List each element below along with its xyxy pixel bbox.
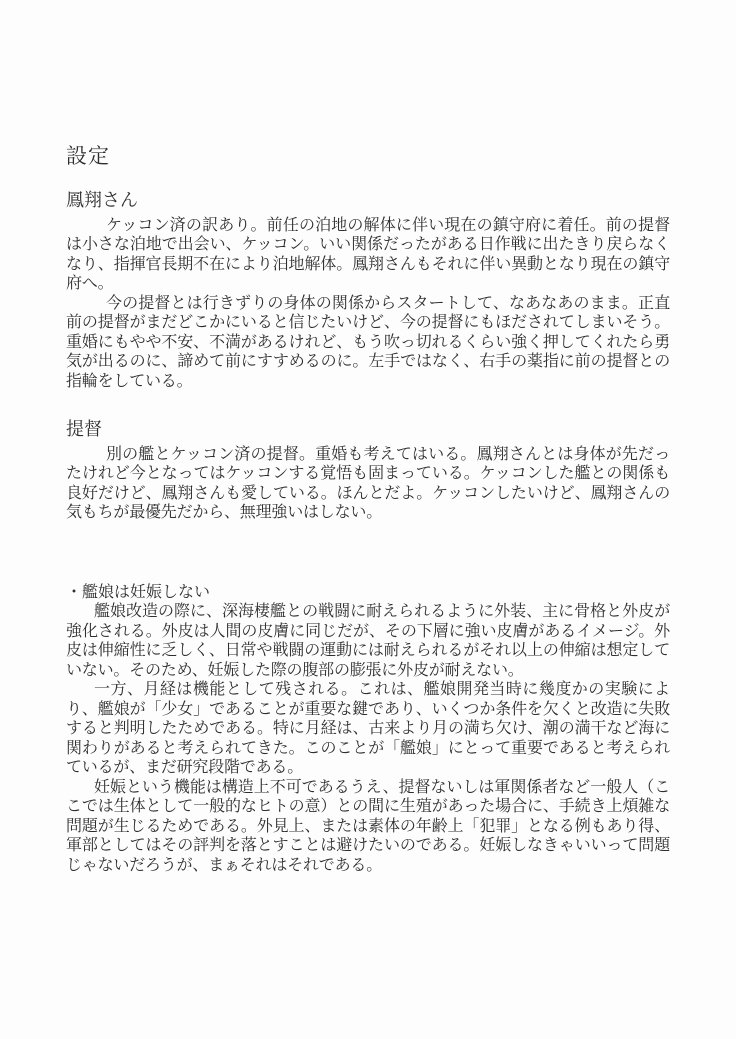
section-teitoku: 提督 別の艦とケッコン済の提督。重婚も考えてはいる。鳳翔さんとは身体が先だったけ… (66, 418, 670, 523)
section-body-teitoku: 別の艦とケッコン済の提督。重婚も考えてはいる。鳳翔さんとは身体が先だったけれど今… (66, 445, 670, 523)
section-heading-housho-san: 鳳翔さん (66, 189, 670, 212)
paragraph: 艦娘改造の際に、深海棲艦との戦闘に耐えられるように外装、主に骨格と外皮が強化され… (66, 602, 670, 680)
section-kanmusu-note: ・艦娘は妊娠しない 艦娘改造の際に、深海棲艦との戦闘に耐えられるように外装、主に… (66, 583, 670, 876)
section-body-kanmusu-note: 艦娘改造の際に、深海棲艦との戦闘に耐えられるように外装、主に骨格と外皮が強化され… (66, 602, 670, 875)
document-page: 設定 鳳翔さん ケッコン済の訳あり。前任の泊地の解体に伴い現在の鎮守府に着任。前… (0, 0, 736, 1039)
paragraph: 別の艦とケッコン済の提督。重婚も考えてはいる。鳳翔さんとは身体が先だったけれど今… (66, 445, 670, 523)
paragraph: 今の提督とは行きずりの身体の関係からスタートして、なあなあのまま。正直前の提督が… (66, 294, 670, 392)
section-heading-teitoku: 提督 (66, 418, 670, 441)
paragraph: ケッコン済の訳あり。前任の泊地の解体に伴い現在の鎮守府に着任。前の提督は小さな泊… (66, 216, 670, 294)
section-heading-kanmusu-note: ・艦娘は妊娠しない (66, 583, 670, 603)
document-title: 設定 (66, 143, 670, 169)
paragraph: 一方、月経は機能として残される。これは、艦娘開発当時に幾度かの実験により、艦娘が… (66, 680, 670, 778)
section-body-housho-san: ケッコン済の訳あり。前任の泊地の解体に伴い現在の鎮守府に着任。前の提督は小さな泊… (66, 216, 670, 392)
paragraph: 妊娠という機能は構造上不可であるうえ、提督ないしは軍関係者など一般人（ここでは生… (66, 778, 670, 876)
section-housho-san: 鳳翔さん ケッコン済の訳あり。前任の泊地の解体に伴い現在の鎮守府に着任。前の提督… (66, 189, 670, 391)
